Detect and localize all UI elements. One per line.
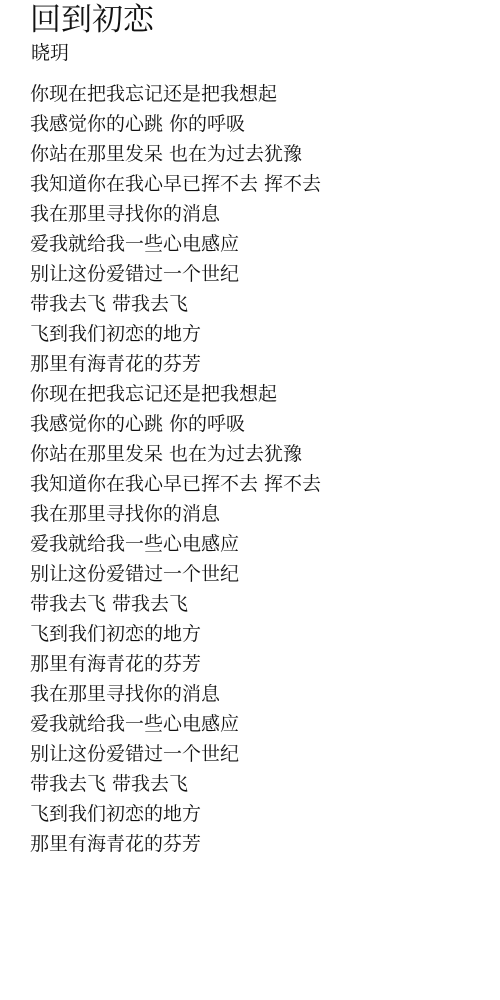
lyric-line: 飞到我们初恋的地方 [30,319,321,349]
lyric-line: 别让这份爱错过一个世纪 [30,259,321,289]
lyric-line: 别让这份爱错过一个世纪 [30,559,321,589]
lyric-line: 那里有海青花的芬芳 [30,349,321,379]
lyric-line: 你站在那里发呆 也在为过去犹豫 [30,439,321,469]
lyric-line: 爱我就给我一些心电感应 [30,709,321,739]
lyric-line: 带我去飞 带我去飞 [30,769,321,799]
lyric-line: 那里有海青花的芬芳 [30,829,321,859]
artist-name: 晓玥 [31,40,69,66]
lyric-line: 我在那里寻找你的消息 [30,679,321,709]
lyric-line: 你现在把我忘记还是把我想起 [30,79,321,109]
lyric-line: 我知道你在我心早已挥不去 挥不去 [30,169,321,199]
lyric-line: 我感觉你的心跳 你的呼吸 [30,109,321,139]
lyric-line: 你现在把我忘记还是把我想起 [30,379,321,409]
lyric-line: 你站在那里发呆 也在为过去犹豫 [30,139,321,169]
lyric-line: 带我去飞 带我去飞 [30,289,321,319]
lyric-line: 爱我就给我一些心电感应 [30,529,321,559]
lyric-line: 飞到我们初恋的地方 [30,799,321,829]
song-title: 回到初恋 [30,1,154,39]
lyric-line: 爱我就给我一些心电感应 [30,229,321,259]
lyric-line: 我在那里寻找你的消息 [30,499,321,529]
lyrics-list: 你现在把我忘记还是把我想起我感觉你的心跳 你的呼吸你站在那里发呆 也在为过去犹豫… [30,79,321,859]
lyric-line: 我在那里寻找你的消息 [30,199,321,229]
lyric-line: 带我去飞 带我去飞 [30,589,321,619]
lyric-line: 我知道你在我心早已挥不去 挥不去 [30,469,321,499]
lyric-line: 那里有海青花的芬芳 [30,649,321,679]
lyric-line: 别让这份爱错过一个世纪 [30,739,321,769]
lyric-line: 我感觉你的心跳 你的呼吸 [30,409,321,439]
lyric-line: 飞到我们初恋的地方 [30,619,321,649]
